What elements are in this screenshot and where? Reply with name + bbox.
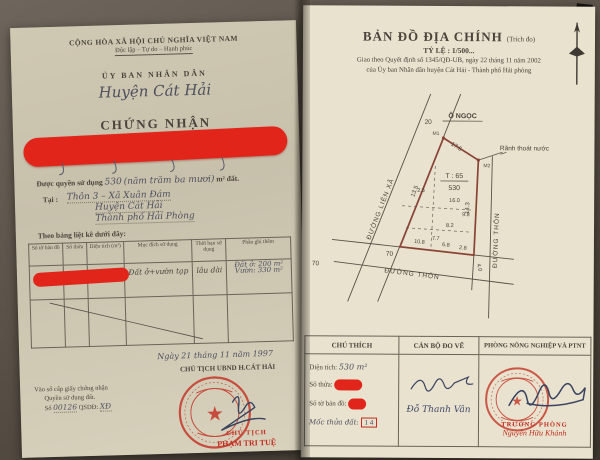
marker-m2: M2 — [483, 163, 490, 169]
sheet-no-redaction — [348, 398, 366, 409]
cell-purpose: Đất ở+vườn tạp — [124, 262, 193, 298]
road-bottom-label: ĐƯỜNG THÔN — [384, 265, 440, 281]
plot-no-label: Số thửa: — [309, 380, 332, 388]
note-left-cell: Diện tích: 530 m² Số thửa: Số tờ bản đồ: — [304, 354, 398, 446]
note-surveyor-cell: Đỗ Thanh Vân — [398, 354, 478, 446]
area-value-hand: 530 — [104, 177, 121, 187]
map-num-70a: 70 — [386, 251, 394, 258]
marker-value-box: 1 4 — [360, 418, 377, 428]
parcel-map: 20 Ô NGỌC M1 M2 17.5 13.5 14.3 Rãnh thoá… — [301, 89, 594, 337]
cadastral-map-page: BẢN ĐỒ ĐỊA CHÍNH (Trích đo) TỶ LỆ : 1/50… — [301, 5, 595, 459]
measure-i3: 9.8 — [462, 212, 470, 218]
address-line3: Thành phố Hải Phòng — [95, 211, 195, 225]
area-words-hand: (năm trăm ba mươi) — [124, 174, 215, 187]
register-no: 00126 — [53, 402, 77, 413]
land-table: Số tờ bản đồ Số thửa Diện tích (m²) Mục … — [28, 236, 294, 348]
marker-m1: M1 — [432, 131, 439, 137]
page-crease — [294, 0, 310, 460]
note-office-cell: ★ TRƯỞNG PHÒNG Nguyễn Hữu Khánh — [478, 355, 590, 448]
register-block: Vào sổ cấp giấy chứng nhận Quyền sử dụng… — [34, 383, 111, 413]
area-label: Diện tích: — [309, 363, 337, 371]
measure-b2: 6.8 — [442, 242, 450, 249]
marker-label: Mốc thửa đất: — [309, 418, 359, 426]
area-suffix: m² đất. — [216, 174, 239, 184]
map-num-70b: 70 — [312, 260, 320, 267]
measure-i5: 7.7 — [432, 236, 440, 242]
measure-b1: 10.8 — [414, 239, 425, 246]
plot-label: T : 65 — [445, 173, 463, 180]
cell-note: Đất ở: 200 m² Vườn: 330 m² — [226, 259, 292, 295]
sheet-no-label: Số tờ bản đồ: — [309, 399, 346, 407]
col-header-area: Diện tích (m²) — [87, 241, 125, 264]
cancellation-line — [30, 292, 293, 349]
measure-i1: 16.0 — [449, 198, 460, 204]
area-value: 530 m² — [339, 362, 368, 371]
measure-i2: 2.5 — [417, 188, 425, 194]
register-no-label: Số — [45, 405, 52, 412]
surveyor-name: Đỗ Thanh Vân — [401, 405, 476, 415]
issuer-handwritten: Huyện Cát Hải — [12, 78, 298, 104]
col-header-term: Thời hạn sử dụng — [192, 239, 227, 262]
measure-i4: 8.2 — [446, 223, 454, 229]
drain-label: Rãnh thoát nước — [500, 145, 550, 152]
map-num-20: 20 — [425, 119, 433, 126]
grant-prefix: Được quyền sử dụng — [36, 178, 103, 189]
note-col3-header: PHÒNG NÔNG NGHIỆP VÀ PTNT — [479, 337, 591, 356]
svg-text:★: ★ — [206, 403, 225, 425]
neighbor-label: Ô NGỌC — [448, 111, 476, 120]
table-intro: Theo bảng liệt kê dưới đây: — [38, 229, 126, 240]
note-col1-header: CHÚ THÍCH — [305, 336, 399, 354]
note-col2-header: CÁN BỘ ĐO VẼ — [399, 336, 479, 354]
decision-line1: Giao theo Quyết định số 1345/QĐ-UB, ngày… — [303, 56, 595, 65]
certificate-page: CỘNG HÒA XÃ HỘI CHỦ NGHĨA VIỆT NAM Độc l… — [10, 20, 308, 458]
road-left-label: ĐƯỜNG LIÊN XÃ — [364, 177, 396, 241]
issue-date: Ngày 21 tháng 11 năm 1997 — [157, 349, 273, 361]
col-header-purpose: Mục đích sử dụng — [124, 240, 193, 264]
plot-area: 530 — [448, 185, 460, 192]
annotation-table: CHÚ THÍCH CÁN BỘ ĐO VẼ PHÒNG NÔNG NGHIỆP… — [304, 335, 592, 448]
register-mid: QSDĐ: — [79, 404, 99, 412]
map-title-note: (Trích đo) — [507, 35, 535, 43]
map-scale: TỶ LỆ : 1/500... — [303, 45, 595, 56]
head-signature — [505, 371, 587, 417]
surveyor-signature — [407, 369, 473, 399]
note-line2: Vườn: 330 m² — [228, 266, 290, 274]
decision-line2: của Ủy ban Nhân dân huyện Cát Hải - Thàn… — [303, 66, 595, 75]
at-label: Tại : — [43, 195, 58, 204]
col-header-sheet: Số tờ bản đồ — [29, 243, 64, 266]
cell-term: lâu dài — [192, 261, 227, 296]
north-arrow-icon — [565, 21, 589, 87]
national-motto: Độc lập – Tự do – Hạnh phúc — [115, 45, 192, 56]
col-header-plot: Số thửa — [63, 243, 88, 266]
map-title: BẢN ĐỒ ĐỊA CHÍNH — [363, 29, 503, 45]
col-header-note: Phần ghi thêm — [226, 237, 292, 261]
measure-b4: 4.0 — [475, 263, 483, 272]
measure-top: 17.5 — [449, 142, 463, 154]
measure-b3: 2.8 — [459, 245, 467, 252]
plot-no-redaction — [334, 379, 362, 390]
register-code: XĐ — [100, 401, 112, 411]
document-photo: CỘNG HÒA XÃ HỘI CHỦ NGHĨA VIỆT NAM Độc l… — [0, 0, 600, 460]
road-right-label: ĐƯỜNG THÔN — [490, 212, 501, 268]
